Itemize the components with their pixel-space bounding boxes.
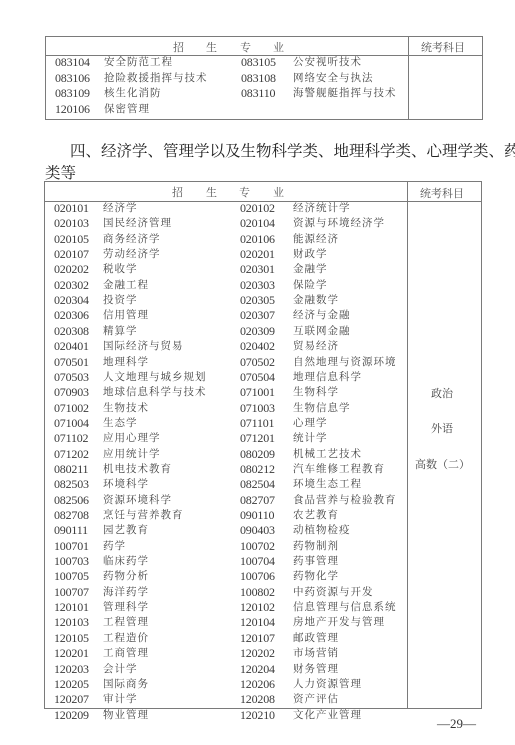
major-code: 100802 xyxy=(240,585,275,600)
major-name: 地理信息科学 xyxy=(293,370,362,385)
major-name: 环境生态工程 xyxy=(293,477,362,492)
major-code: 070501 xyxy=(54,355,89,370)
major-code: 070504 xyxy=(240,370,275,385)
major-code: 070503 xyxy=(54,370,89,385)
major-name: 生物科学 xyxy=(293,385,339,400)
major-code: 120210 xyxy=(240,708,275,723)
major-name: 药物化学 xyxy=(293,569,339,584)
major-code: 020301 xyxy=(240,262,275,277)
major-code: 120203 xyxy=(54,662,89,677)
majors-table-1: 招 生 专 业 统考科目 083104安全防范工程083105公安视听技术083… xyxy=(45,36,483,120)
major-name: 生物信息学 xyxy=(293,401,351,416)
major-name: 工商管理 xyxy=(103,646,149,661)
major-code: 090403 xyxy=(240,523,275,538)
major-name: 金融学 xyxy=(293,262,328,277)
major-name: 贸易经济 xyxy=(293,339,339,354)
major-code: 083108 xyxy=(241,71,276,86)
major-name: 网络安全与执法 xyxy=(293,71,374,86)
major-name: 环境科学 xyxy=(103,477,149,492)
major-name: 信用管理 xyxy=(103,308,149,323)
major-code: 100705 xyxy=(54,569,89,584)
major-code: 020308 xyxy=(54,324,89,339)
major-name: 生物技术 xyxy=(103,401,149,416)
major-name: 地理科学 xyxy=(103,355,149,370)
major-name: 邮政管理 xyxy=(293,631,339,646)
major-name: 能源经济 xyxy=(293,232,339,247)
major-name: 应用心理学 xyxy=(103,431,161,446)
major-code: 120201 xyxy=(54,646,89,661)
major-code: 020303 xyxy=(240,278,275,293)
major-code: 090111 xyxy=(54,523,88,538)
major-code: 082503 xyxy=(54,477,89,492)
major-code: 071202 xyxy=(54,447,89,462)
major-name: 国民经济管理 xyxy=(103,216,172,231)
major-code: 071003 xyxy=(240,401,275,416)
header-char: 招 xyxy=(173,39,184,55)
subject-advanced-math-2: 高数（二） xyxy=(415,456,470,472)
major-code: 120102 xyxy=(240,600,275,615)
major-code: 071001 xyxy=(240,385,275,400)
major-name: 资源环境科学 xyxy=(103,493,172,508)
major-code: 100704 xyxy=(240,554,275,569)
major-code: 020307 xyxy=(240,308,275,323)
major-name: 药事管理 xyxy=(293,554,339,569)
major-name: 临床药学 xyxy=(103,554,149,569)
table-header: 招 生 专 业 统考科目 xyxy=(45,182,481,202)
major-code: 071004 xyxy=(54,416,89,431)
major-name: 农艺教育 xyxy=(293,508,339,523)
major-name: 金融数学 xyxy=(293,293,339,308)
major-code: 020107 xyxy=(54,247,89,262)
header-char: 生 xyxy=(206,184,217,200)
major-code: 082504 xyxy=(240,477,275,492)
major-code: 020103 xyxy=(54,216,89,231)
major-name: 中药资源与开发 xyxy=(293,585,374,600)
page-number: —29— xyxy=(437,716,476,732)
major-name: 保险学 xyxy=(293,278,328,293)
major-code: 120107 xyxy=(240,631,275,646)
major-name: 精算学 xyxy=(103,324,138,339)
major-code: 100703 xyxy=(54,554,89,569)
major-name: 金融工程 xyxy=(103,278,149,293)
major-name: 保密管理 xyxy=(104,102,150,117)
major-name: 劳动经济学 xyxy=(103,247,161,262)
major-name: 资源与环境经济学 xyxy=(293,216,385,231)
major-code: 071201 xyxy=(240,431,275,446)
header-char: 专 xyxy=(240,39,251,55)
major-code: 020105 xyxy=(54,232,89,247)
major-code: 100701 xyxy=(54,539,89,554)
column-divider xyxy=(407,182,408,708)
major-name: 安全防范工程 xyxy=(104,55,173,70)
major-name: 信息管理与信息系统 xyxy=(293,600,397,615)
major-code: 080211 xyxy=(54,462,88,477)
major-name: 烹饪与营养教育 xyxy=(103,508,184,523)
major-code: 083109 xyxy=(55,86,90,101)
major-code: 080209 xyxy=(240,447,275,462)
major-code: 020306 xyxy=(54,308,89,323)
major-code: 083105 xyxy=(241,55,276,70)
major-name: 公安视听技术 xyxy=(293,55,362,70)
major-name: 房地产开发与管理 xyxy=(293,615,385,630)
major-name: 药物制剂 xyxy=(293,539,339,554)
major-name: 资产评估 xyxy=(293,692,339,707)
major-name: 应用统计学 xyxy=(103,447,161,462)
major-code: 083110 xyxy=(241,86,275,101)
major-code: 020104 xyxy=(240,216,275,231)
major-code: 020302 xyxy=(54,278,89,293)
major-name: 投资学 xyxy=(103,293,138,308)
section-heading-line2: 类等 xyxy=(45,161,76,183)
major-code: 070502 xyxy=(240,355,275,370)
major-code: 120208 xyxy=(240,692,275,707)
major-code: 120209 xyxy=(54,708,89,723)
major-name: 税收学 xyxy=(103,262,138,277)
major-code: 120202 xyxy=(240,646,275,661)
major-name: 园艺教育 xyxy=(103,523,149,538)
header-subject: 统考科目 xyxy=(420,185,464,201)
major-code: 020305 xyxy=(240,293,275,308)
major-name: 心理学 xyxy=(293,416,328,431)
major-code: 020309 xyxy=(240,324,275,339)
major-code: 120204 xyxy=(240,662,275,677)
major-name: 海警舰艇指挥与技术 xyxy=(293,86,397,101)
header-char: 生 xyxy=(206,39,217,55)
major-name: 汽车维修工程教育 xyxy=(293,462,385,477)
major-name: 生态学 xyxy=(103,416,138,431)
major-name: 财政学 xyxy=(293,247,328,262)
major-code: 120206 xyxy=(240,677,275,692)
major-code: 020202 xyxy=(54,262,89,277)
majors-table-2: 招 生 专 业 统考科目 政治 外语 高数（二） 020101经济学020102… xyxy=(44,181,482,709)
major-code: 090110 xyxy=(240,508,274,523)
major-name: 药学 xyxy=(103,539,126,554)
major-code: 020101 xyxy=(54,201,89,216)
major-code: 120104 xyxy=(240,615,275,630)
column-divider xyxy=(408,37,409,119)
major-code: 100707 xyxy=(54,585,89,600)
table-header: 招 生 专 业 统考科目 xyxy=(46,37,482,56)
major-name: 国际经济与贸易 xyxy=(103,339,184,354)
major-code: 070903 xyxy=(54,385,89,400)
major-name: 经济与金融 xyxy=(293,308,351,323)
major-name: 互联网金融 xyxy=(293,324,351,339)
major-code: 020201 xyxy=(240,247,275,262)
header-char: 业 xyxy=(273,184,284,200)
major-code: 080212 xyxy=(240,462,275,477)
header-char: 业 xyxy=(273,39,284,55)
major-name: 机电技术教育 xyxy=(103,462,172,477)
header-char: 专 xyxy=(239,184,250,200)
major-code: 083106 xyxy=(55,71,90,86)
header-subject: 统考科目 xyxy=(421,39,465,55)
section-heading-line1: 四、经济学、管理学以及生物科学类、地理科学类、心理学类、药学 xyxy=(70,139,515,161)
major-code: 100706 xyxy=(240,569,275,584)
major-code: 083104 xyxy=(55,55,90,70)
major-name: 会计学 xyxy=(103,662,138,677)
major-name: 商务经济学 xyxy=(103,232,161,247)
major-code: 120205 xyxy=(54,677,89,692)
major-name: 食品营养与检验教育 xyxy=(293,493,397,508)
major-code: 020102 xyxy=(240,201,275,216)
major-name: 海洋药学 xyxy=(103,585,149,600)
major-name: 工程管理 xyxy=(103,615,149,630)
major-name: 经济统计学 xyxy=(293,201,351,216)
major-code: 020402 xyxy=(240,339,275,354)
major-name: 审计学 xyxy=(103,692,138,707)
major-code: 120105 xyxy=(54,631,89,646)
major-code: 082506 xyxy=(54,493,89,508)
major-name: 经济学 xyxy=(103,201,138,216)
major-code: 020106 xyxy=(240,232,275,247)
major-code: 020304 xyxy=(54,293,89,308)
major-name: 人力资源管理 xyxy=(293,677,362,692)
major-name: 工程造价 xyxy=(103,631,149,646)
major-name: 市场营销 xyxy=(293,646,339,661)
major-code: 100702 xyxy=(240,539,275,554)
major-name: 抢险救援指挥与技术 xyxy=(104,71,208,86)
major-name: 地球信息科学与技术 xyxy=(103,385,207,400)
major-name: 统计学 xyxy=(293,431,328,446)
major-name: 机械工艺技术 xyxy=(293,447,362,462)
major-name: 国际商务 xyxy=(103,677,149,692)
major-name: 动植物检疫 xyxy=(293,523,351,538)
subject-foreign-language: 外语 xyxy=(431,420,453,436)
major-code: 120101 xyxy=(54,600,89,615)
major-name: 核生化消防 xyxy=(104,86,162,101)
major-name: 人文地理与城乡规划 xyxy=(103,370,207,385)
major-code: 071002 xyxy=(54,401,89,416)
major-name: 文化产业管理 xyxy=(293,708,362,723)
major-code: 120207 xyxy=(54,692,89,707)
major-code: 071102 xyxy=(54,431,88,446)
major-code: 120103 xyxy=(54,615,89,630)
major-code: 020401 xyxy=(54,339,89,354)
header-char: 招 xyxy=(172,184,183,200)
major-name: 财务管理 xyxy=(293,662,339,677)
major-name: 物业管理 xyxy=(103,708,149,723)
major-code: 082707 xyxy=(240,493,275,508)
major-code: 120106 xyxy=(55,102,90,117)
subject-politics: 政治 xyxy=(431,385,453,401)
major-code: 082708 xyxy=(54,508,89,523)
major-code: 071101 xyxy=(240,416,274,431)
major-name: 自然地理与资源环境 xyxy=(293,355,397,370)
major-name: 管理科学 xyxy=(103,600,149,615)
major-name: 药物分析 xyxy=(103,569,149,584)
